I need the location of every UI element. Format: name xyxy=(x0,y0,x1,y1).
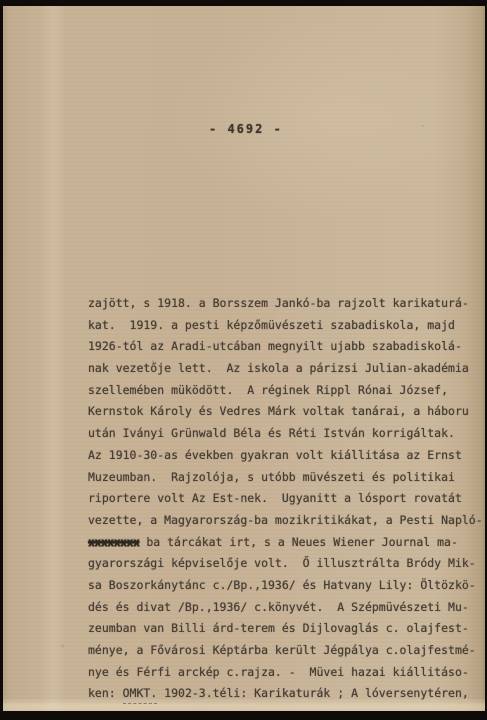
text-line: Muzeumban. Rajzolója, s utóbb müvészeti … xyxy=(88,467,470,489)
text-line: sa Boszorkánytánc c./Bp.,1936/ és Hatvan… xyxy=(88,575,470,597)
text-line: ken: OMKT. 1902-3.téli: Karikaturák ; A … xyxy=(88,683,470,705)
text-line: zajött, s 1918. a Borsszem Jankó-ba rajz… xyxy=(88,293,470,315)
text-line: gyarországi képviselője volt. Ő illusztr… xyxy=(88,553,470,575)
paper-sheet: - 4692 - zajött, s 1918. a Borsszem Jank… xyxy=(3,6,485,711)
text-line: zeumban van Billi árd-terem és Dijlovagl… xyxy=(88,618,470,640)
body-text: zajött, s 1918. a Borsszem Jankó-ba rajz… xyxy=(88,293,470,705)
scanned-document-page: - 4692 - zajött, s 1918. a Borsszem Jank… xyxy=(0,0,487,720)
text-line: xxxxxxxx ba tárcákat irt, s a Neues Wien… xyxy=(88,532,470,554)
text-line: szellemében müködött. A réginek Rippl Ró… xyxy=(88,380,470,402)
text-line: 1926-tól az Aradi-utcában megnyilt ujabb… xyxy=(88,336,470,358)
underlined-abbreviation: OMKT. xyxy=(123,686,158,704)
text-line: nak vezetője lett. Az iskola a párizsi J… xyxy=(88,358,470,380)
struck-out-word: xxxxxxxx xyxy=(88,535,139,549)
text-line: Az 1910-30-as években gyakran volt kiáll… xyxy=(88,445,470,467)
page-number: - 4692 - xyxy=(209,122,283,136)
text-line: dés és divat /Bp.,1936/ c.könyvét. A Szé… xyxy=(88,597,470,619)
text-line: riportere volt Az Est-nek. Ugyanitt a ló… xyxy=(88,488,470,510)
text-line: után Iványi Grünwald Béla és Réti István… xyxy=(88,423,470,445)
text-line: kat. 1919. a pesti képzőmüvészeti szabad… xyxy=(88,315,470,337)
text-line: vezette, a Magyarország-ba mozikritikáka… xyxy=(88,510,470,532)
text-line: ménye, a Fővárosi Képtárba került Jégpál… xyxy=(88,640,470,662)
text-line: nye és Férfi arckép c.rajza. - Müvei haz… xyxy=(88,662,470,684)
text-line: Kernstok Károly és Vedres Márk voltak ta… xyxy=(88,401,470,423)
